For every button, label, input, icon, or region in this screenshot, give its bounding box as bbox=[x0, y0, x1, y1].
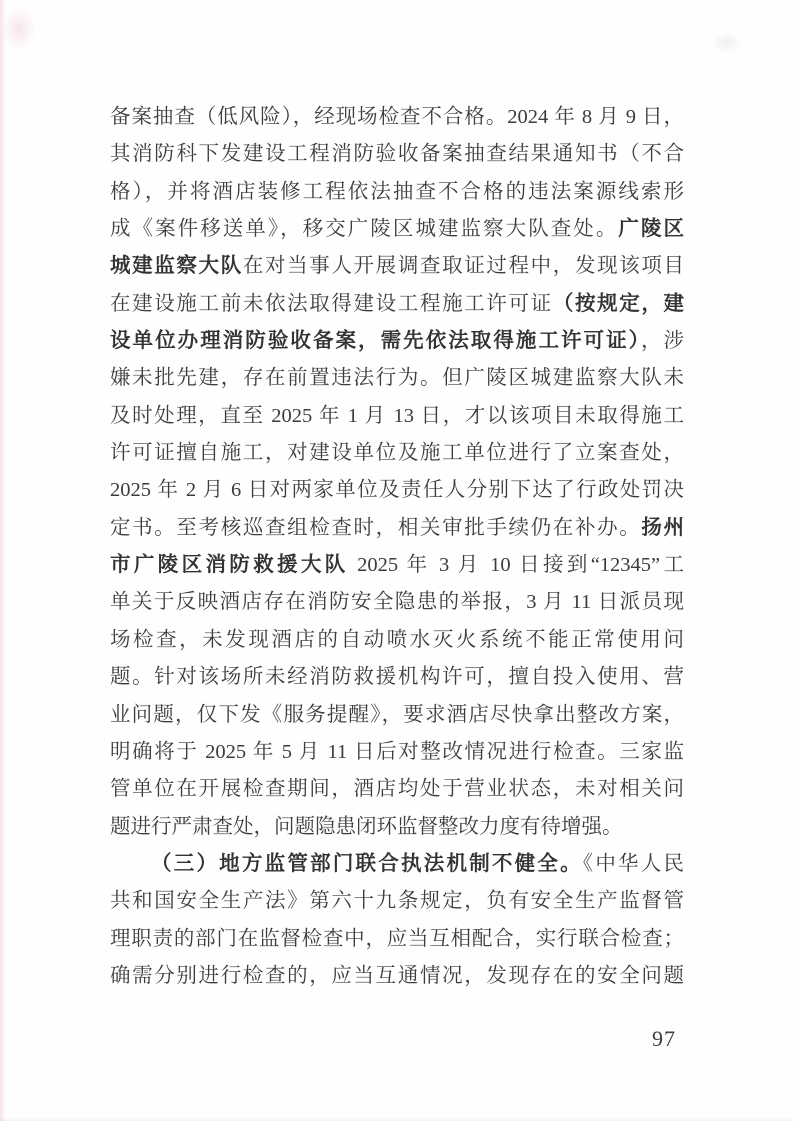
text-line: 其消防科下发建设工程消防验收备案抽查结果通知书（不合 bbox=[110, 136, 684, 173]
page-number: 97 bbox=[644, 1024, 684, 1054]
text-segment: 2025 年 2 月 6 日对两家单位及责任人分别下达了行政处罚决 bbox=[110, 479, 684, 501]
text-line-paragraph-end: 题进行严肃查处，问题隐患闭环监督整改力度有待增强。 bbox=[110, 809, 684, 846]
text-line: 设单位办理消防验收备案，需先依法取得施工许可证），涉 bbox=[110, 323, 684, 360]
text-segment: 共和国安全生产法》第六十九条规定，负有安全生产监督管 bbox=[110, 890, 684, 912]
text-segment: 管单位在开展检查期间，酒店均处于营业状态，未对相关问 bbox=[110, 778, 684, 800]
scan-smudge-artifact bbox=[2, 6, 36, 52]
text-line: 理职责的部门在监督检查中，应当互相配合，实行联合检查； bbox=[110, 921, 684, 958]
text-segment: 题。针对该场所未经消防救援机构许可，擅自投入使用、营 bbox=[110, 666, 684, 688]
text-line: 格），并将酒店装修工程依法抽查不合格的违法案源线索形 bbox=[110, 174, 684, 211]
text-line: 业问题，仅下发《服务提醒》，要求酒店尽快拿出整改方案， bbox=[110, 697, 684, 734]
text-segment: 场检查，未发现酒店的自动喷水灭火系统不能正常使用问 bbox=[110, 629, 684, 651]
text-segment: 成《案件移送单》，移交广陵区城建监察大队查处。 bbox=[110, 218, 618, 240]
document-body: 备案抽查（低风险），经现场检查不合格。2024 年 8 月 9 日， 其消防科下… bbox=[110, 99, 684, 995]
section-heading-bold: （三）地方监管部门联合执法机制不健全。 bbox=[151, 853, 583, 875]
text-segment: 确需分别进行检查的，应当互通情况，发现存在的安全问题 bbox=[110, 965, 684, 987]
text-segment: 在对当事人开展调查取证过程中，发现该项目 bbox=[243, 255, 684, 277]
text-segment: 在建设施工前未依法取得建设工程施工许可证 bbox=[110, 293, 553, 315]
text-segment: 2025 年 3 月 10 日接到“12345”工 bbox=[349, 554, 684, 576]
text-line: 许可证擅自施工，对建设单位及施工单位进行了立案查处， bbox=[110, 435, 684, 472]
scan-smudge-artifact bbox=[712, 32, 742, 54]
text-segment: 格），并将酒店装修工程依法抽查不合格的违法案源线索形 bbox=[110, 181, 684, 203]
text-segment: 《中华人民 bbox=[583, 853, 684, 875]
text-line: 备案抽查（低风险），经现场检查不合格。2024 年 8 月 9 日， bbox=[110, 99, 684, 136]
text-line: 单关于反映酒店存在消防安全隐患的举报，3 月 11 日派员现 bbox=[110, 584, 684, 621]
document-page: 备案抽查（低风险），经现场检查不合格。2024 年 8 月 9 日， 其消防科下… bbox=[0, 0, 793, 1121]
scan-edge-artifact-left bbox=[0, 0, 6, 1121]
text-line: 在建设施工前未依法取得建设工程施工许可证（按规定，建 bbox=[110, 286, 684, 323]
text-segment: 其消防科下发建设工程消防验收备案抽查结果通知书（不合 bbox=[110, 143, 684, 165]
text-segment-bold: 广陵区 bbox=[618, 218, 684, 240]
text-line: 管单位在开展检查期间，酒店均处于营业状态，未对相关问 bbox=[110, 771, 684, 808]
text-segment: 嫌未批先建，存在前置违法行为。但广陵区城建监察大队未 bbox=[110, 367, 684, 389]
text-segment-bold: 城建监察大队 bbox=[110, 255, 243, 277]
text-line: 定书。至考核巡查组检查时，相关审批手续仍在补办。扬州 bbox=[110, 510, 684, 547]
text-segment-bold: 市广陵区消防救援大队 bbox=[110, 554, 349, 576]
text-line: 及时处理，直至 2025 年 1 月 13 日，才以该项目未取得施工 bbox=[110, 398, 684, 435]
text-segment: 备案抽查（低风险），经现场检查不合格。2024 年 8 月 9 日， bbox=[110, 106, 684, 128]
text-segment: ，涉 bbox=[641, 330, 684, 352]
text-line: 成《案件移送单》，移交广陵区城建监察大队查处。广陵区 bbox=[110, 211, 684, 248]
text-line: 嫌未批先建，存在前置违法行为。但广陵区城建监察大队未 bbox=[110, 360, 684, 397]
text-line: 场检查，未发现酒店的自动喷水灭火系统不能正常使用问 bbox=[110, 622, 684, 659]
scan-edge-artifact-bottom bbox=[0, 1117, 793, 1121]
text-line: 2025 年 2 月 6 日对两家单位及责任人分别下达了行政处罚决 bbox=[110, 472, 684, 509]
text-line-section-heading: （三）地方监管部门联合执法机制不健全。《中华人民 bbox=[110, 846, 684, 883]
text-segment: 明确将于 2025 年 5 月 11 日后对整改情况进行检查。三家监 bbox=[110, 741, 684, 763]
text-segment: 许可证擅自施工，对建设单位及施工单位进行了立案查处， bbox=[110, 442, 684, 464]
text-segment: 理职责的部门在监督检查中，应当互相配合，实行联合检查； bbox=[110, 928, 684, 950]
text-line: 明确将于 2025 年 5 月 11 日后对整改情况进行检查。三家监 bbox=[110, 734, 684, 771]
text-segment: 业问题，仅下发《服务提醒》，要求酒店尽快拿出整改方案， bbox=[110, 704, 684, 726]
text-segment: 定书。至考核巡查组检查时，相关审批手续仍在补办。 bbox=[110, 517, 641, 539]
text-line: 题。针对该场所未经消防救援机构许可，擅自投入使用、营 bbox=[110, 659, 684, 696]
text-segment-bold: 设单位办理消防验收备案，需先依法取得施工许可证） bbox=[110, 330, 641, 352]
text-segment: 题进行严肃查处，问题隐患闭环监督整改力度有待增强。 bbox=[110, 816, 623, 838]
text-line: 城建监察大队在对当事人开展调查取证过程中，发现该项目 bbox=[110, 248, 684, 285]
text-segment: 单关于反映酒店存在消防安全隐患的举报，3 月 11 日派员现 bbox=[110, 591, 684, 613]
text-segment: 及时处理，直至 2025 年 1 月 13 日，才以该项目未取得施工 bbox=[110, 405, 684, 427]
text-segment-bold: 扬州 bbox=[641, 517, 684, 539]
text-line: 共和国安全生产法》第六十九条规定，负有安全生产监督管 bbox=[110, 883, 684, 920]
text-line: 市广陵区消防救援大队 2025 年 3 月 10 日接到“12345”工 bbox=[110, 547, 684, 584]
text-line: 确需分别进行检查的，应当互通情况，发现存在的安全问题 bbox=[110, 958, 684, 995]
text-segment-bold: （按规定，建 bbox=[553, 293, 684, 315]
